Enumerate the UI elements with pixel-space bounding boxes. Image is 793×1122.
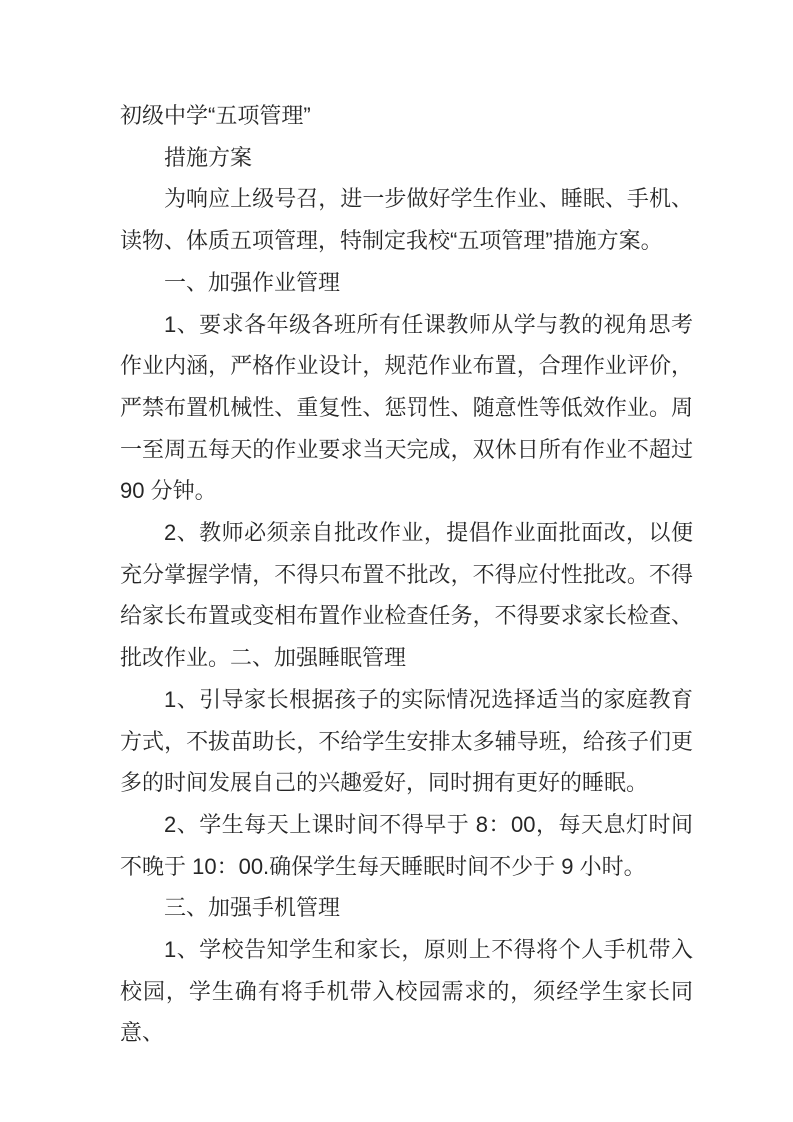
document-title: 初级中学“五项管理” [120, 95, 693, 137]
paragraph-homework-rule-2-and-section-2-heading: 2、教师必须亲自批改作业，提倡作业面批面改，以便充分掌握学情，不得只布置不批改，… [120, 512, 693, 679]
heading-section-3-phone: 三、加强手机管理 [120, 887, 693, 929]
heading-section-1-homework: 一、加强作业管理 [120, 262, 693, 304]
document-subtitle: 措施方案 [120, 137, 693, 179]
paragraph-homework-rule-1: 1、要求各年级各班所有任课教师从学与教的视角思考作业内涵，严格作业设计，规范作业… [120, 304, 693, 513]
paragraph-sleep-rule-2: 2、学生每天上课时间不得早于 8：00，每天息灯时间不晚于 10：00.确保学生… [120, 804, 693, 887]
document-body: 初级中学“五项管理” 措施方案 为响应上级号召，进一步做好学生作业、睡眠、手机、… [120, 95, 693, 1054]
document-page: 初级中学“五项管理” 措施方案 为响应上级号召，进一步做好学生作业、睡眠、手机、… [0, 0, 793, 1122]
paragraph-intro: 为响应上级号召，进一步做好学生作业、睡眠、手机、读物、体质五项管理，特制定我校“… [120, 178, 693, 261]
paragraph-sleep-rule-1: 1、引导家长根据孩子的实际情况选择适当的家庭教育方式，不拔苗助长，不给学生安排太… [120, 679, 693, 804]
paragraph-phone-rule-1: 1、学校告知学生和家长，原则上不得将个人手机带入校园，学生确有将手机带入校园需求… [120, 929, 693, 1054]
